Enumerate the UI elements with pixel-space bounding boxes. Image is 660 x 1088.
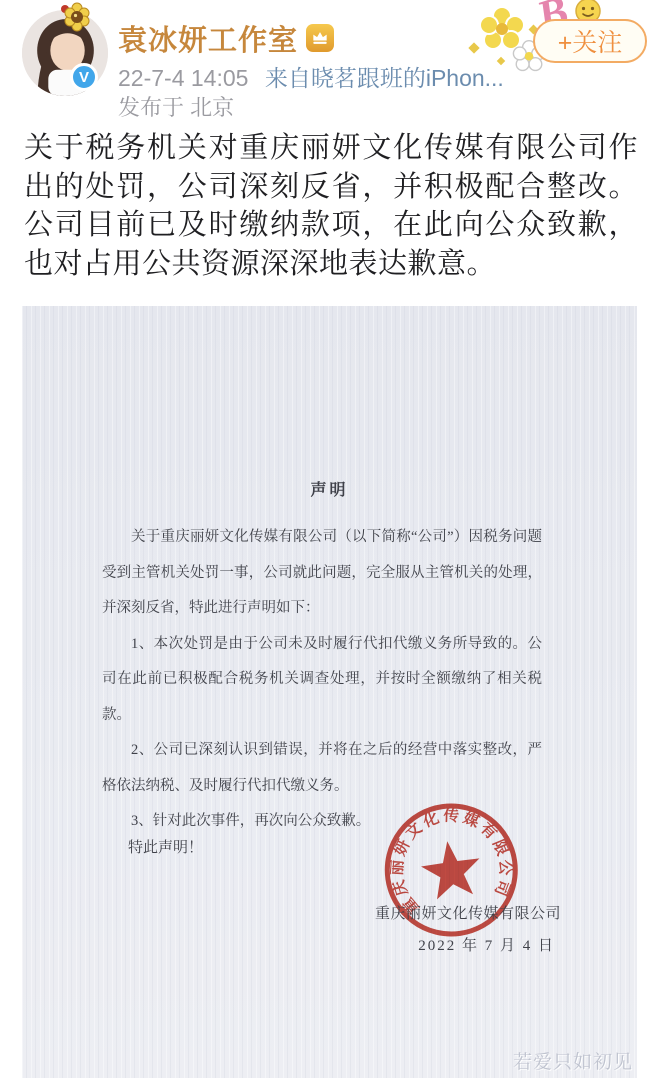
timestamp: 22-7-4 14:05 <box>118 65 248 91</box>
statement-date: 2022 年 7 月 4 日 <box>418 934 555 955</box>
verified-badge-icon: V <box>70 63 98 91</box>
username-link[interactable]: 袁冰妍工作室 <box>118 18 298 59</box>
statement-closing: 特此声明！ <box>128 836 203 857</box>
follow-button[interactable]: +关注 <box>533 19 647 63</box>
statement-paragraph: 1、本次处罚是由于公司未及时履行代扣代缴义务所导致的。公司在此前已积极配合税务机… <box>102 627 542 734</box>
post-text: 关于税务机关对重庆丽妍文化传媒有限公司作出的处罚，公司深刻反省，并积极配合整改。… <box>24 129 638 283</box>
follow-button-label: +关注 <box>558 23 623 59</box>
statement-image[interactable]: 声明 关于重庆丽妍文化传媒有限公司（以下简称“公司”）因税务问题受到主管机关处罚… <box>22 306 637 1078</box>
statement-paragraph: 关于重庆丽妍文化传媒有限公司（以下简称“公司”）因税务问题受到主管机关处罚一事，… <box>102 520 542 627</box>
statement-signature: 重庆丽妍文化传媒有限公司 <box>375 902 561 923</box>
watermark: 若爱只如初见 <box>513 1047 633 1074</box>
gold-rosette-sticker-icon <box>56 0 90 34</box>
sparkle-icon <box>497 57 505 65</box>
statement-body: 关于重庆丽妍文化传媒有限公司（以下简称“公司”）因税务问题受到主管机关处罚一事，… <box>102 520 542 840</box>
member-crown-icon <box>306 24 334 52</box>
verified-letter: V <box>79 69 89 86</box>
statement-title: 声明 <box>22 477 637 500</box>
location-label: 发布于 北京 <box>118 91 234 122</box>
post-meta: 22-7-4 14:05 来自晓茗跟班的iPhon... <box>118 60 504 93</box>
company-seal-stamp: 重庆丽妍文化传媒有限公司 <box>369 789 533 948</box>
